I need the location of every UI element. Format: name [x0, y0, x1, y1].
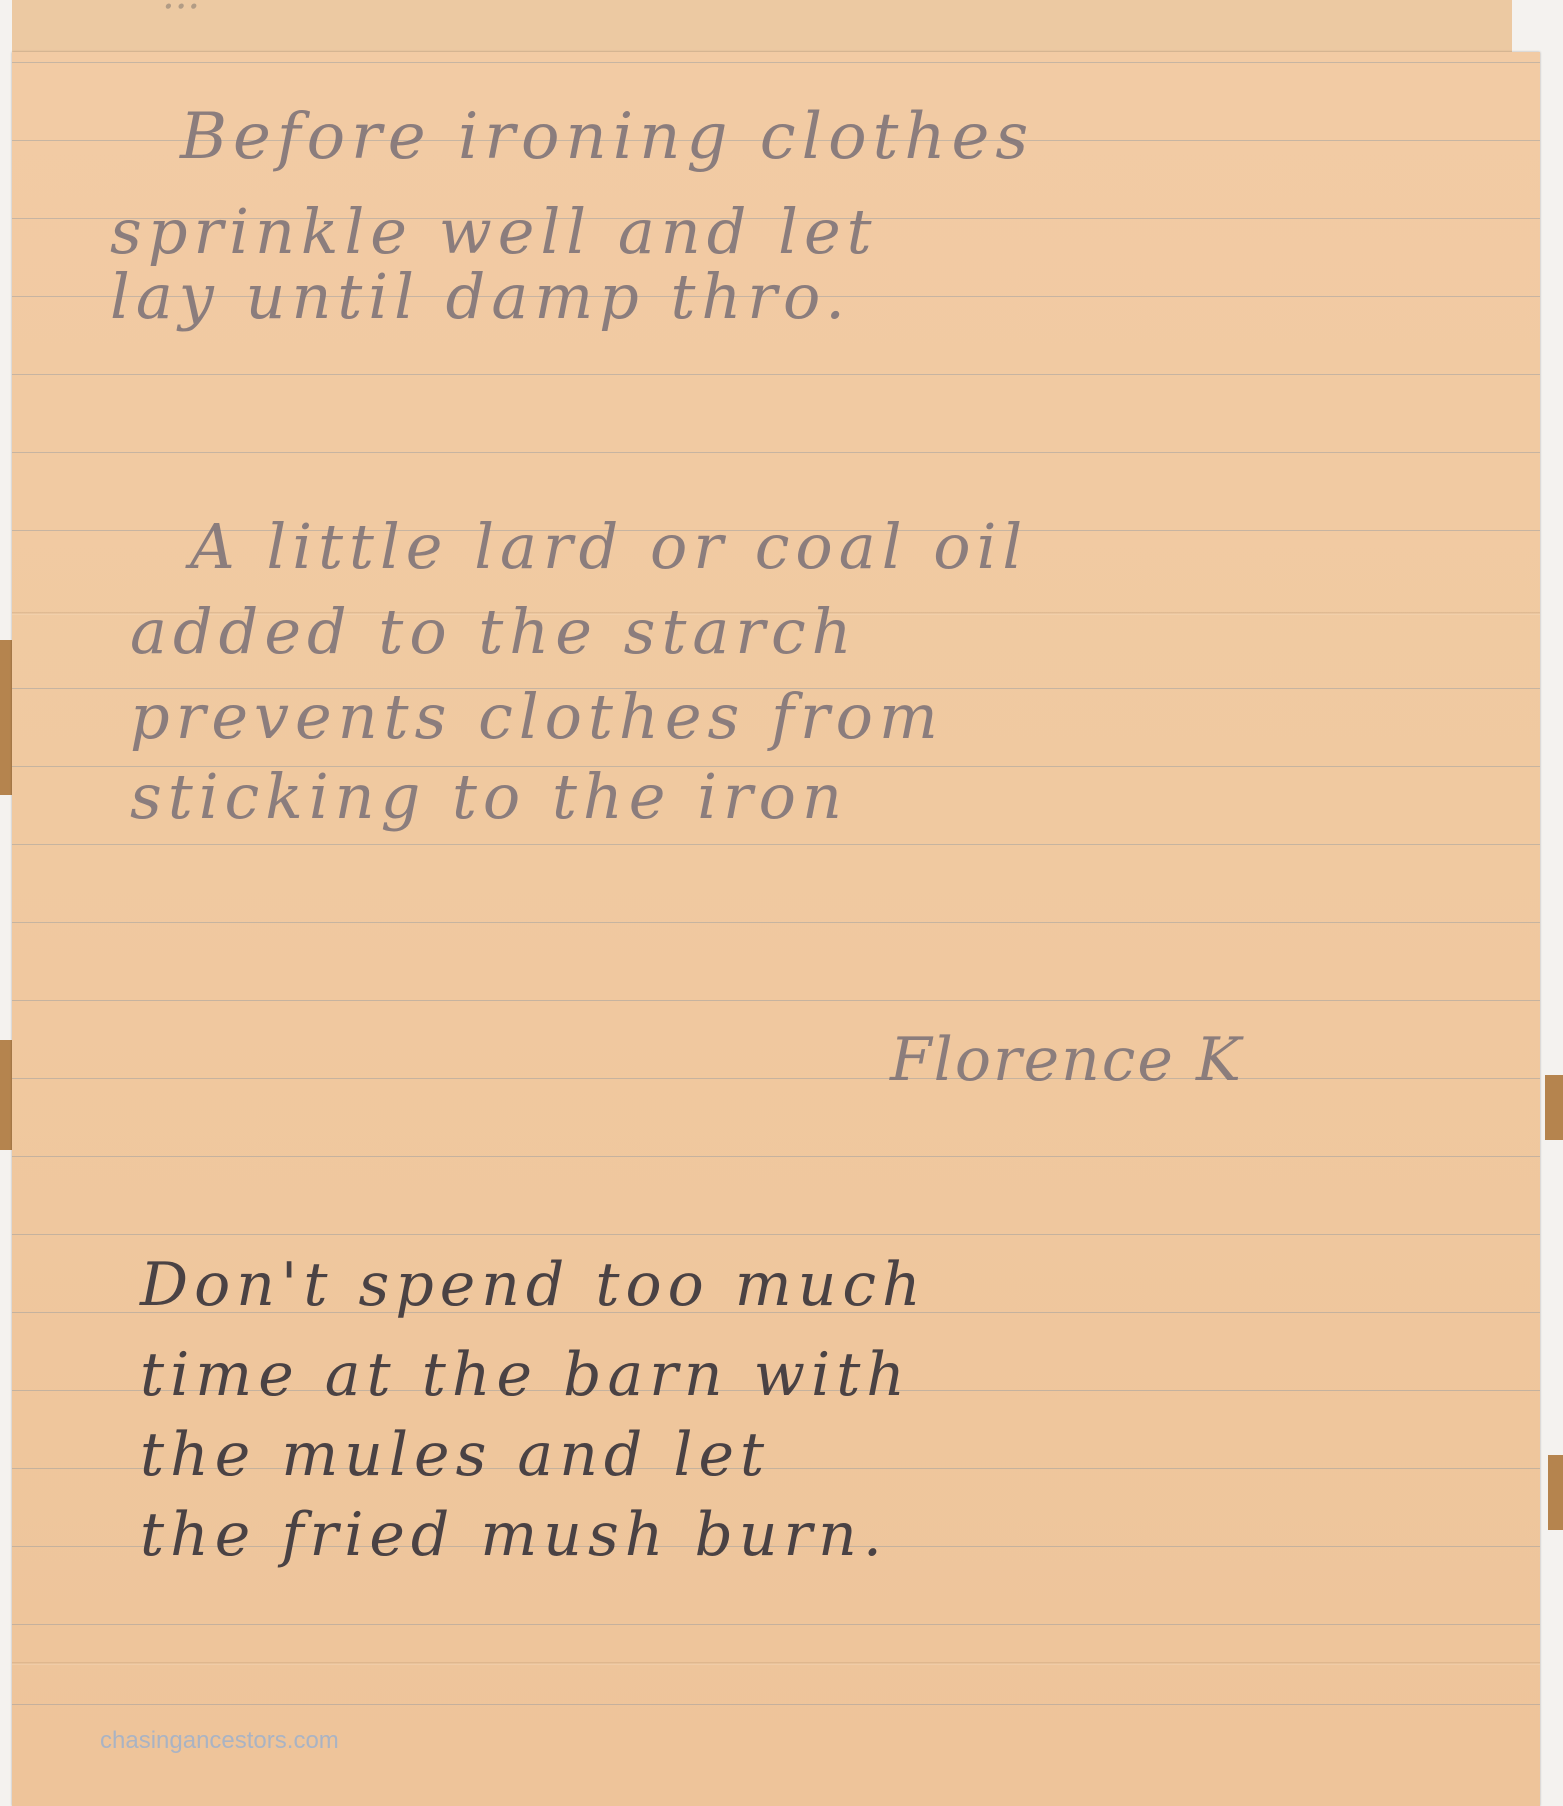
handwritten-line: the fried mush burn.	[140, 1500, 888, 1570]
rule-line	[12, 1156, 1540, 1157]
rule-line	[12, 1078, 1540, 1079]
signature: Florence K	[890, 1025, 1243, 1095]
handwritten-line: time at the barn with	[140, 1340, 911, 1410]
handwritten-line: prevents clothes from	[130, 680, 944, 753]
rule-line	[12, 1624, 1540, 1625]
rule-line	[12, 452, 1540, 453]
binding-tab-right-lower	[1548, 1455, 1563, 1530]
rule-line	[12, 62, 1540, 63]
handwritten-line: sticking to the iron	[130, 760, 848, 833]
top-flap-text: ...	[162, 0, 200, 40]
handwritten-line: sprinkle well and let	[110, 195, 878, 268]
handwritten-line: added to the starch	[130, 595, 858, 668]
handwritten-line: Before ironing clothes	[180, 100, 1034, 174]
rule-line	[12, 1234, 1540, 1235]
rule-line	[12, 1000, 1540, 1001]
handwritten-line: lay until damp thro.	[110, 260, 851, 333]
top-flap: ...	[12, 0, 1512, 52]
binding-tab-right-upper	[1545, 1075, 1563, 1140]
rule-line	[12, 1704, 1540, 1705]
watermark: chasingancestors.com	[100, 1727, 339, 1755]
rule-line	[12, 844, 1540, 845]
page-fold	[12, 1662, 1540, 1665]
rule-line	[12, 922, 1540, 923]
handwritten-line: the mules and let	[140, 1420, 770, 1490]
handwritten-line: Don't spend too much	[140, 1250, 927, 1320]
rule-line	[12, 374, 1540, 375]
handwritten-line: A little lard or coal oil	[190, 510, 1028, 583]
